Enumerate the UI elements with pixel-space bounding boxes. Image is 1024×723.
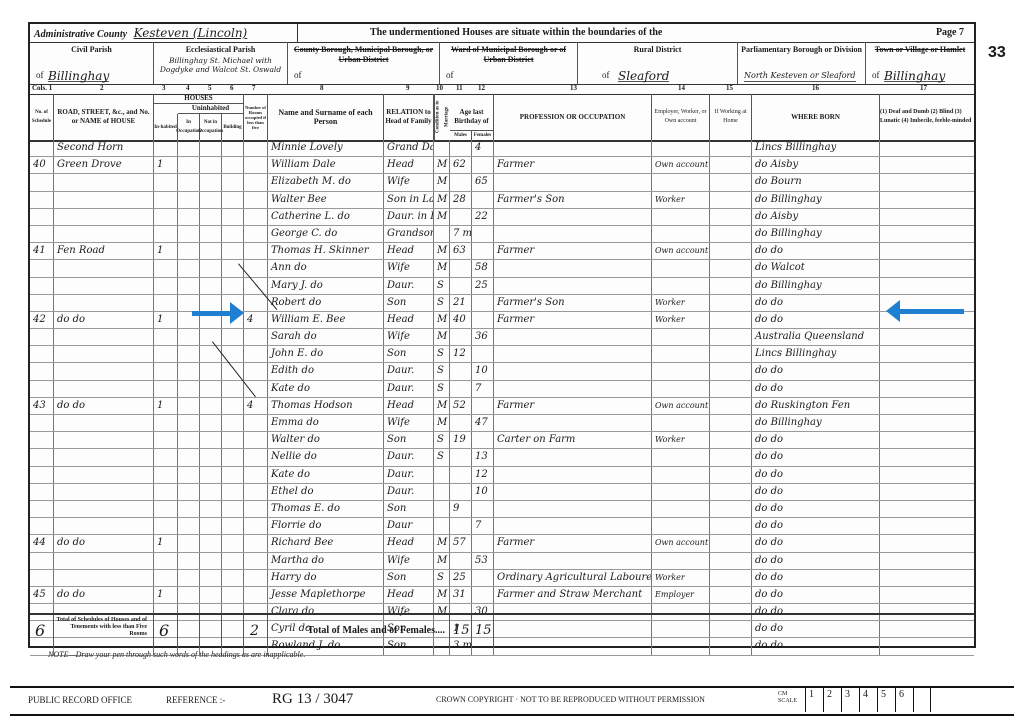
cell-cond: S (434, 432, 450, 448)
cell-emp (652, 140, 710, 156)
cell-road (54, 226, 154, 242)
cell-rooms (244, 226, 268, 242)
cell-m: 63 (450, 243, 472, 259)
cell-road (54, 260, 154, 276)
cell-u2 (200, 398, 222, 414)
cell-inf (880, 209, 976, 225)
cell-cond: S (434, 295, 450, 311)
cell-rel: Wife (384, 415, 434, 431)
cell-rel: Wife (384, 174, 434, 190)
cell-road (54, 295, 154, 311)
table-row: George C. doGrandson7 modo Billinghay (30, 226, 974, 243)
cell-rooms (244, 209, 268, 225)
cell-road: Green Drove (54, 157, 154, 173)
cell-inh (154, 501, 178, 517)
cell-rooms (244, 415, 268, 431)
cell-f: 7 (472, 518, 494, 534)
cell-u2 (200, 484, 222, 500)
cell-occ (494, 363, 652, 379)
cell-emp (652, 415, 710, 431)
cell-u1 (178, 209, 200, 225)
cell-road: Second Horn (54, 140, 154, 156)
cell-cond (434, 518, 450, 534)
cell-emp: Own account (652, 243, 710, 259)
cell-bld (222, 243, 244, 259)
table-row: 40Green Drove1William DaleHeadM62FarmerO… (30, 157, 974, 174)
cell-sched (30, 209, 54, 225)
table-row: Sarah doWifeM36Australia Queensland (30, 329, 974, 346)
annotation-arrow-left-icon (898, 309, 964, 314)
cell-cond (434, 140, 450, 156)
col-not-in-occupation: Not in Occupation (200, 114, 222, 140)
town-value: Billinghay (884, 71, 945, 82)
cell-cond: M (434, 398, 450, 414)
cell-u2 (200, 243, 222, 259)
cell-u1 (178, 449, 200, 465)
cell-rel: Wife (384, 553, 434, 569)
cell-road (54, 209, 154, 225)
cell-occ (494, 381, 652, 397)
col-name: Name and Surname of each Person (268, 94, 384, 140)
cell-cond: S (434, 363, 450, 379)
town-village: Town or Village or Hamlet of Billinghay (866, 42, 974, 84)
cell-bld (222, 278, 244, 294)
cell-home (710, 363, 752, 379)
cell-emp: Own account (652, 535, 710, 551)
cell-name: Martha do (268, 553, 384, 569)
cell-f (472, 535, 494, 551)
cell-rooms: 4 (244, 398, 268, 414)
cell-u1 (178, 295, 200, 311)
cell-inh (154, 484, 178, 500)
cell-rooms (244, 535, 268, 551)
cell-u1 (178, 363, 200, 379)
cell-u1 (178, 278, 200, 294)
cell-road (54, 346, 154, 362)
cell-u1 (178, 501, 200, 517)
cell-inf (880, 467, 976, 483)
table-row: Catherine L. doDaur. in LawM22do Aisby (30, 209, 974, 226)
cell-born: do do (752, 312, 880, 328)
cell-bld (222, 415, 244, 431)
cell-inf (880, 553, 976, 569)
cell-u2 (200, 174, 222, 190)
cell-rel: Head (384, 157, 434, 173)
cell-inh (154, 192, 178, 208)
cell-sched: 41 (30, 243, 54, 259)
cell-born: do do (752, 381, 880, 397)
cell-home (710, 518, 752, 534)
cell-u2 (200, 363, 222, 379)
cell-inh (154, 260, 178, 276)
cell-f: 7 (472, 381, 494, 397)
cell-m (450, 381, 472, 397)
table-row: Elizabeth M. doWifeM65do Bourn (30, 174, 974, 191)
footnote: NOTE—Draw your pen through such words of… (48, 650, 305, 659)
total-houses: 6 (154, 615, 178, 648)
cell-rel: Daur. (384, 381, 434, 397)
cell-home (710, 312, 752, 328)
cell-occ (494, 329, 652, 345)
cell-m (450, 260, 472, 276)
footer-office: PUBLIC RECORD OFFICE (28, 695, 132, 705)
cell-bld (222, 467, 244, 483)
cell-occ: Farmer (494, 312, 652, 328)
cell-bld (222, 449, 244, 465)
cell-road: do do (54, 398, 154, 414)
cell-u1 (178, 192, 200, 208)
footer-copyright: CROWN COPYRIGHT · NOT TO BE REPRODUCED W… (436, 695, 705, 704)
entries-table: Second HornMinnie LovelyGrand Dau4Lincs … (30, 140, 974, 656)
cell-home (710, 346, 752, 362)
cell-rooms (244, 570, 268, 586)
cell-rooms: 4 (244, 312, 268, 328)
col-relation: RELATION to Head of Family (384, 94, 434, 140)
cell-u2 (200, 209, 222, 225)
cell-emp (652, 174, 710, 190)
cell-occ: Carter on Farm (494, 432, 652, 448)
cell-rel: Head (384, 535, 434, 551)
footer-scale-label: CM SCALE (778, 691, 800, 705)
cell-cond: M (434, 260, 450, 276)
table-row: Second HornMinnie LovelyGrand Dau4Lincs … (30, 140, 974, 157)
cell-name: Mary J. do (268, 278, 384, 294)
cell-m: 28 (450, 192, 472, 208)
cell-rel: Grandson (384, 226, 434, 242)
cell-road: do do (54, 312, 154, 328)
cell-m (450, 449, 472, 465)
cell-m: 57 (450, 535, 472, 551)
table-row: 44do do1Richard BeeHeadM57FarmerOwn acco… (30, 535, 974, 552)
cell-cond: M (434, 209, 450, 225)
cell-inh (154, 278, 178, 294)
cell-rel: Wife (384, 329, 434, 345)
header-top-row: Administrative County Kesteven (Lincoln)… (30, 24, 974, 43)
cell-emp: Worker (652, 192, 710, 208)
cell-inh (154, 295, 178, 311)
cell-emp (652, 467, 710, 483)
cell-cond: M (434, 535, 450, 551)
cell-rooms (244, 295, 268, 311)
cell-road (54, 415, 154, 431)
cell-inf (880, 398, 976, 414)
cell-inf (880, 174, 976, 190)
cell-sched (30, 518, 54, 534)
cell-road (54, 192, 154, 208)
cell-cond (434, 467, 450, 483)
cell-name: William Dale (268, 157, 384, 173)
cell-inh (154, 570, 178, 586)
cell-home (710, 432, 752, 448)
cell-rel: Daur. (384, 484, 434, 500)
cell-home (710, 570, 752, 586)
cell-rooms (244, 243, 268, 259)
cell-sched (30, 346, 54, 362)
cell-name: Ethel do (268, 484, 384, 500)
cell-born: Australia Queensland (752, 329, 880, 345)
cell-u2 (200, 467, 222, 483)
cell-inf (880, 329, 976, 345)
cell-occ (494, 501, 652, 517)
cell-f: 13 (472, 449, 494, 465)
cell-home (710, 260, 752, 276)
cell-born: do do (752, 243, 880, 259)
cell-emp: Worker (652, 295, 710, 311)
cell-emp (652, 484, 710, 500)
cell-occ: Ordinary Agricultural Labourer (494, 570, 652, 586)
cell-name: Catherine L. do (268, 209, 384, 225)
cell-u1 (178, 415, 200, 431)
cell-inh (154, 140, 178, 156)
table-row: Harry doSonS25Ordinary Agricultural Labo… (30, 570, 974, 587)
cell-f: 47 (472, 415, 494, 431)
cell-inh: 1 (154, 587, 178, 603)
cell-born: do Aisby (752, 157, 880, 173)
cell-bld (222, 209, 244, 225)
cell-sched (30, 415, 54, 431)
cell-cond: S (434, 570, 450, 586)
cell-born: do do (752, 467, 880, 483)
admin-county-label: Administrative County (34, 29, 127, 40)
cell-occ (494, 140, 652, 156)
cell-m (450, 415, 472, 431)
cell-m: 25 (450, 570, 472, 586)
cell-f (472, 432, 494, 448)
cell-occ (494, 346, 652, 362)
cell-f (472, 226, 494, 242)
cell-emp: Own account (652, 398, 710, 414)
table-row: Emma doWifeM47do Billinghay (30, 415, 974, 432)
cell-occ: Farmer's Son (494, 192, 652, 208)
cell-rooms (244, 329, 268, 345)
cell-rel: Daur. (384, 467, 434, 483)
cell-road (54, 381, 154, 397)
cell-emp (652, 346, 710, 362)
cell-inf (880, 346, 976, 362)
cell-inf (880, 484, 976, 500)
cell-emp (652, 381, 710, 397)
cell-rooms (244, 363, 268, 379)
cell-born: do Ruskington Fen (752, 398, 880, 414)
cell-rooms (244, 467, 268, 483)
cell-inf (880, 157, 976, 173)
cell-rooms (244, 346, 268, 362)
cell-rel: Son (384, 570, 434, 586)
total-schedules: 6 (30, 615, 54, 648)
cell-rel: Wife (384, 260, 434, 276)
table-row: Ann doWifeM58do Walcot (30, 260, 974, 277)
cell-rel: Son (384, 432, 434, 448)
col-road: ROAD, STREET, &c., and No. or NAME of HO… (54, 94, 154, 140)
cell-road (54, 553, 154, 569)
ward: Ward of Municipal Borough or of Urban Di… (440, 42, 578, 84)
cell-occ (494, 209, 652, 225)
cell-born: do do (752, 518, 880, 534)
cell-born: do Walcot (752, 260, 880, 276)
cell-emp: Own account (652, 157, 710, 173)
cell-inh (154, 381, 178, 397)
cell-u1 (178, 535, 200, 551)
cell-sched: 44 (30, 535, 54, 551)
table-row: Mary J. doDaur.S25do Billinghay (30, 278, 974, 295)
cell-m (450, 209, 472, 225)
cell-road (54, 432, 154, 448)
cell-inf (880, 226, 976, 242)
county-borough: County Borough, Municipal Borough, or Ur… (288, 42, 440, 84)
cell-cond: S (434, 449, 450, 465)
cell-inf (880, 501, 976, 517)
cell-emp: Worker (652, 432, 710, 448)
table-row: Thomas E. doSon9do do (30, 501, 974, 518)
cell-u1 (178, 587, 200, 603)
cell-occ (494, 518, 652, 534)
cell-m (450, 278, 472, 294)
cell-born: do do (752, 570, 880, 586)
cell-bld (222, 381, 244, 397)
cell-inh (154, 415, 178, 431)
cell-f: 10 (472, 363, 494, 379)
civil-parish: Civil Parish of Billinghay (30, 42, 154, 84)
cell-bld (222, 226, 244, 242)
cell-emp: Employer (652, 587, 710, 603)
cell-f: 58 (472, 260, 494, 276)
cell-f (472, 501, 494, 517)
cell-f: 65 (472, 174, 494, 190)
intro-text: The undermentioned Houses are situate wi… (370, 24, 662, 42)
cell-cond: S (434, 346, 450, 362)
total-females: 15 (472, 615, 494, 648)
table-row: Martha doWifeM53do do (30, 553, 974, 570)
cell-born: do do (752, 484, 880, 500)
cell-occ: Farmer (494, 157, 652, 173)
cell-u1 (178, 174, 200, 190)
cell-occ (494, 484, 652, 500)
cell-home (710, 553, 752, 569)
cell-emp (652, 226, 710, 242)
cell-bld (222, 570, 244, 586)
totals-row: 6 Total of Schedules of Houses and of Te… (30, 613, 974, 648)
parliamentary-division: Parliamentary Borough or Division North … (738, 42, 866, 84)
cell-cond: M (434, 415, 450, 431)
cell-rooms (244, 501, 268, 517)
cell-rel: Head (384, 587, 434, 603)
cell-m (450, 518, 472, 534)
cell-u1 (178, 432, 200, 448)
cell-rooms (244, 157, 268, 173)
cell-emp (652, 260, 710, 276)
cell-m: 31 (450, 587, 472, 603)
cell-emp (652, 501, 710, 517)
cell-rooms (244, 553, 268, 569)
cell-bld (222, 329, 244, 345)
cell-born: do Billinghay (752, 226, 880, 242)
cell-road: do do (54, 535, 154, 551)
cell-inf (880, 587, 976, 603)
cell-name: Edith do (268, 363, 384, 379)
table-row: Walter BeeSon in LawM28Farmer's SonWorke… (30, 192, 974, 209)
cell-sched (30, 467, 54, 483)
cell-occ: Farmer's Son (494, 295, 652, 311)
col-building: Building (222, 114, 244, 140)
cell-road (54, 467, 154, 483)
cell-home (710, 226, 752, 242)
census-page: Administrative County Kesteven (Lincoln)… (28, 22, 976, 648)
cell-inh (154, 449, 178, 465)
cell-bld (222, 432, 244, 448)
cell-m: 12 (450, 346, 472, 362)
cell-u2 (200, 501, 222, 517)
cell-born: do do (752, 535, 880, 551)
cell-inh (154, 346, 178, 362)
cell-cond (434, 501, 450, 517)
cell-name: Kate do (268, 467, 384, 483)
cell-name: Richard Bee (268, 535, 384, 551)
cell-rel: Daur. (384, 363, 434, 379)
cell-inf (880, 449, 976, 465)
cell-bld (222, 553, 244, 569)
cell-born: do do (752, 432, 880, 448)
cell-road (54, 449, 154, 465)
cell-u1 (178, 381, 200, 397)
cell-m: 52 (450, 398, 472, 414)
table-row: Robert doSonS21Farmer's SonWorkerdo do (30, 295, 974, 312)
cell-home (710, 449, 752, 465)
cell-u2 (200, 381, 222, 397)
cell-bld (222, 587, 244, 603)
rural-district: Rural District of Sleaford (578, 42, 738, 84)
cell-occ (494, 415, 652, 431)
cell-u1 (178, 157, 200, 173)
cell-rel: Son (384, 295, 434, 311)
cell-rooms (244, 174, 268, 190)
page-number: Page 7 (936, 24, 964, 42)
cell-sched (30, 484, 54, 500)
cell-born: Lincs Billinghay (752, 346, 880, 362)
cell-name: Walter Bee (268, 192, 384, 208)
cell-u1 (178, 484, 200, 500)
cell-home (710, 295, 752, 311)
cell-home (710, 467, 752, 483)
cell-home (710, 209, 752, 225)
col-where-born: WHERE BORN (752, 94, 880, 140)
cell-u1 (178, 140, 200, 156)
col-in-occupation: In Occupation (178, 114, 200, 140)
cell-m (450, 329, 472, 345)
cell-home (710, 587, 752, 603)
cell-cond (434, 484, 450, 500)
col-condition: Condition as to Marriage (434, 94, 450, 140)
cell-emp: Worker (652, 570, 710, 586)
cell-road: do do (54, 587, 154, 603)
cell-sched (30, 192, 54, 208)
cell-home (710, 174, 752, 190)
cell-sched (30, 570, 54, 586)
cell-sched (30, 295, 54, 311)
cell-inh: 1 (154, 312, 178, 328)
cell-bld (222, 174, 244, 190)
cell-home (710, 243, 752, 259)
cell-born: do Billinghay (752, 192, 880, 208)
cell-sched: 43 (30, 398, 54, 414)
cell-sched (30, 278, 54, 294)
cell-emp (652, 449, 710, 465)
cell-bld (222, 518, 244, 534)
table-row: Kate doDaur.S7do do (30, 381, 974, 398)
cell-sched (30, 363, 54, 379)
cell-home (710, 415, 752, 431)
cell-born: do Bourn (752, 174, 880, 190)
cell-u2 (200, 415, 222, 431)
